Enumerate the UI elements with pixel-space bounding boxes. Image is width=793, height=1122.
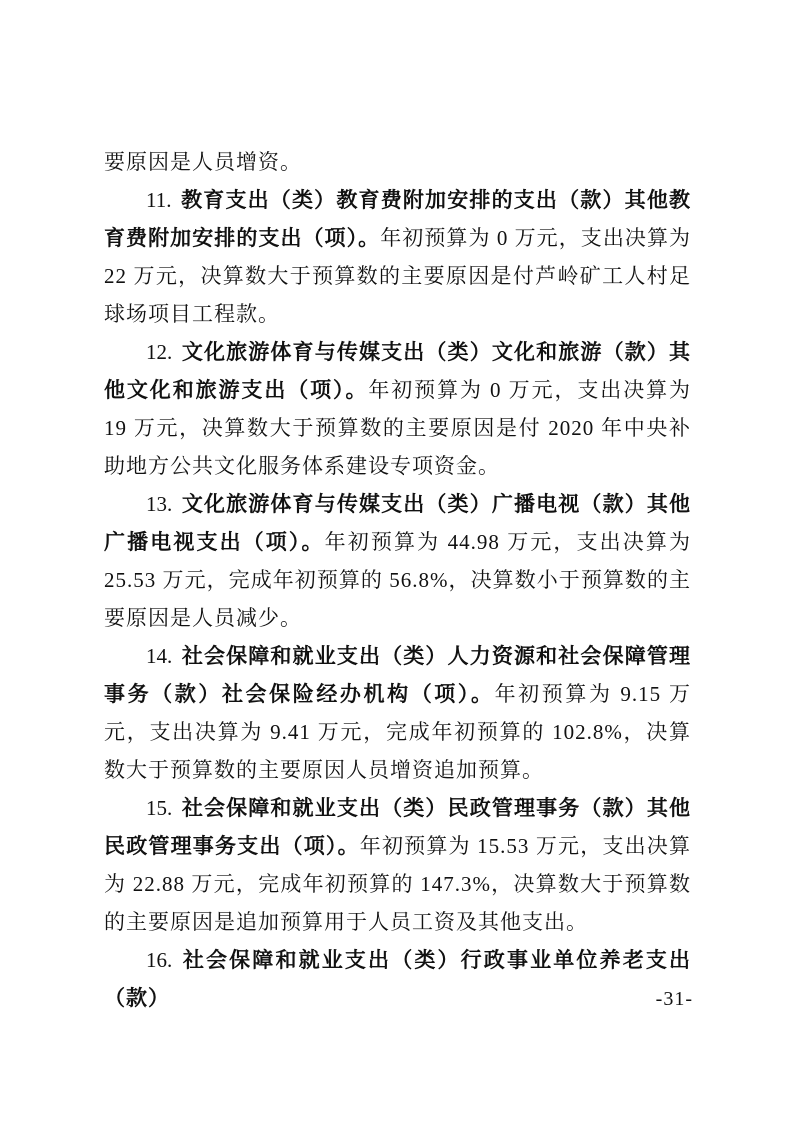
page-number: -31-	[656, 988, 693, 1011]
document-body: 要原因是人员增资。 11.教育支出（类）教育费附加安排的支出（款）其他教育费附加…	[104, 143, 691, 1017]
paragraph-16: 16.社会保障和就业支出（类）行政事业单位养老支出（款）	[104, 941, 691, 1017]
paragraph-number: 11.	[146, 188, 171, 212]
paragraph-15: 15.社会保障和就业支出（类）民政管理事务（款）其他民政管理事务支出（项）。年初…	[104, 789, 691, 941]
continuation-text: 要原因是人员增资。	[104, 150, 302, 174]
paragraph-heading: 社会保障和就业支出（类）行政事业单位养老支出（款）	[104, 948, 691, 1010]
paragraph-number: 13.	[146, 492, 172, 516]
paragraph-12: 12.文化旅游体育与传媒支出（类）文化和旅游（款）其他文化和旅游支出（项）。年初…	[104, 333, 691, 485]
paragraph-13: 13.文化旅游体育与传媒支出（类）广播电视（款）其他广播电视支出（项）。年初预算…	[104, 485, 691, 637]
paragraph-number: 16.	[146, 948, 172, 972]
paragraph-number: 12.	[146, 340, 172, 364]
document-page: 要原因是人员增资。 11.教育支出（类）教育费附加安排的支出（款）其他教育费附加…	[0, 0, 793, 1122]
paragraph-14: 14.社会保障和就业支出（类）人力资源和社会保障管理事务（款）社会保险经办机构（…	[104, 637, 691, 789]
paragraph-11: 11.教育支出（类）教育费附加安排的支出（款）其他教育费附加安排的支出（项）。年…	[104, 181, 691, 333]
continuation-line: 要原因是人员增资。	[104, 143, 691, 181]
paragraph-number: 15.	[146, 796, 172, 820]
paragraph-number: 14.	[146, 644, 172, 668]
